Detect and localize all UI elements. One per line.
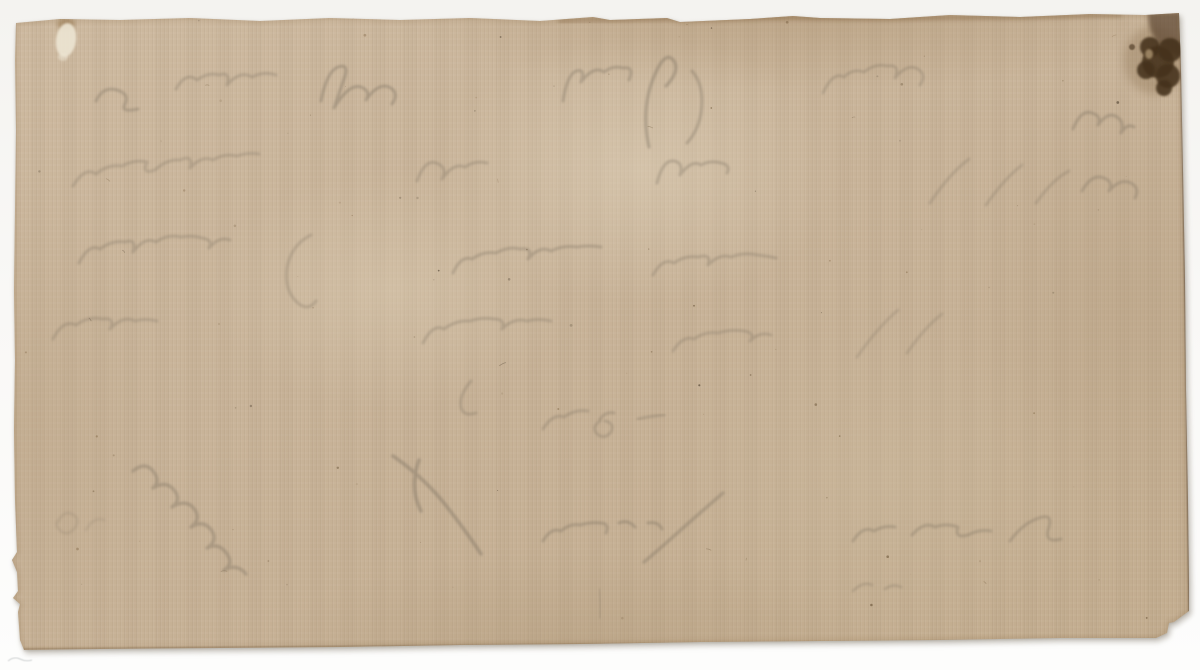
paper-sheet xyxy=(0,0,1200,670)
scan-bed: Scanned leaf of aged laid paper - blank … xyxy=(0,0,1200,670)
paper-shadow-wrap xyxy=(0,0,1200,670)
